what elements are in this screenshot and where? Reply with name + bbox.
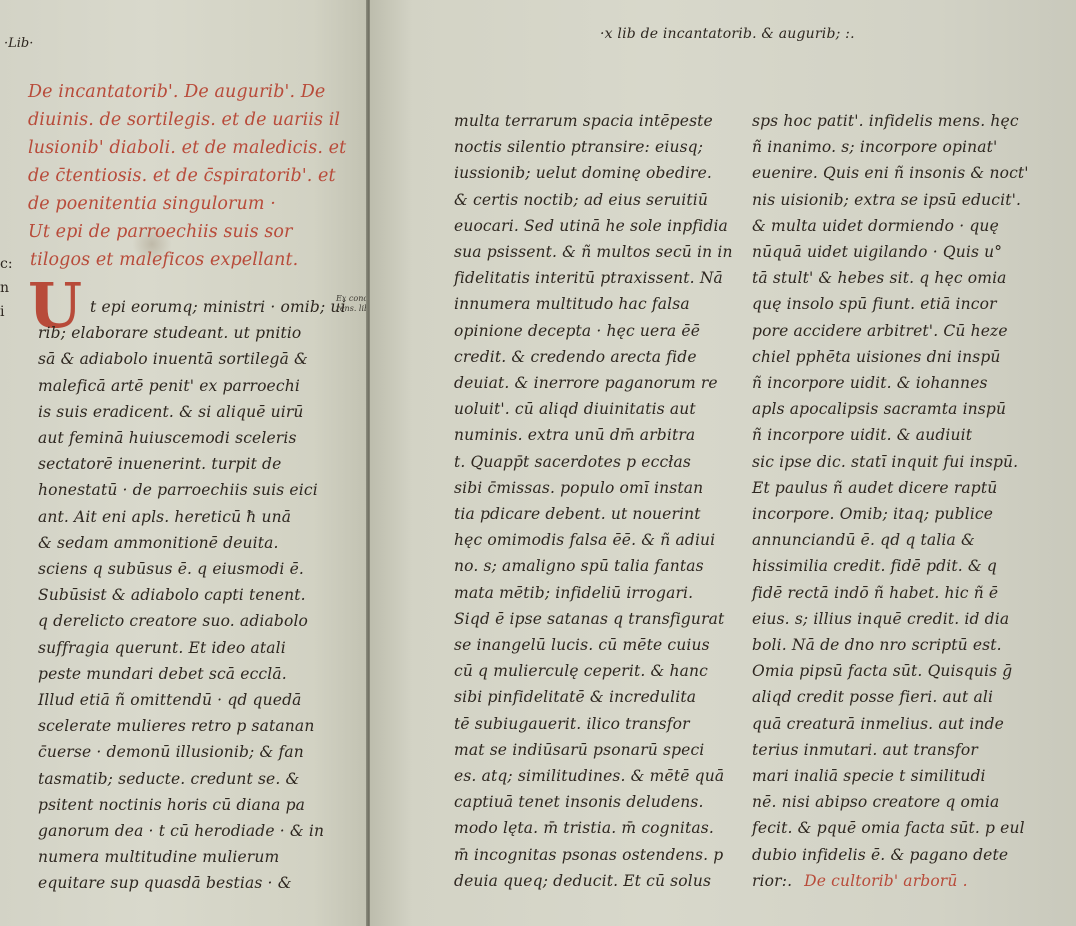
text-line: sic ipse dic. statī inquit fui inspū. (752, 449, 1062, 475)
text-line: ñ inanimo. s; incorpore opinat' (752, 134, 1062, 160)
text-line: ganorum dea · t cū herodiade · & in (38, 818, 343, 844)
text-line: sua psissent. & ñ multos secū in in (454, 239, 754, 265)
text-line: Subūsist & adiabolo capti tenent. (38, 582, 343, 608)
right-page: ·x lib de incantatorib. & augurib; :. mu… (370, 0, 1076, 926)
text-line: fidē rectā indō ñ habet. hic ñ ē (752, 580, 1062, 606)
text-line: es. atq; similitudines. & mētē quā (454, 763, 754, 789)
text-line: mat se indiūsarū psonarū speci (454, 737, 754, 763)
rubric-line: de c̄tentiosis. et de c̄spiratorib'. et (28, 162, 348, 190)
text-line: eius. s; illius inquē credit. id dia (752, 606, 1062, 632)
margin-mark: i (0, 300, 13, 324)
right-running-head: ·x lib de incantatorib. & augurib; :. (600, 26, 855, 42)
text-line: sibi pinfidelitatē & incredulita (454, 684, 754, 710)
text-line: & sedam ammonitionē deuita. (38, 530, 343, 556)
text-line: c̄uerse · demonū illusionib; & fan (38, 739, 343, 765)
text-line: no. s; amaligno spū talia fantas (454, 553, 754, 579)
text-line: ant. Ait eni apls. hereticū ħ unā (38, 504, 343, 530)
text-line: & multa uidet dormiendo · quę (752, 213, 1062, 239)
text-line: ñ incorpore uidit. & iohannes (752, 370, 1062, 396)
text-line: aliqd credit posse fieri. aut ali (752, 684, 1062, 710)
text-line: Omia pipsū facta sūt. Quisquis ḡ (752, 658, 1062, 684)
text-line: uoluit'. cū aliqd diuinitatis aut (454, 396, 754, 422)
text-line: multa terrarum spacia intēpeste (454, 108, 754, 134)
text-line: t epi eorumq; ministri · omib; ui (38, 294, 343, 320)
text-line: sps hoc patit'. infidelis mens. hęc (752, 108, 1062, 134)
text-line: tia pdicare debent. ut nouerint (454, 501, 754, 527)
text-line: incorpore. Omib; itaq; publice (752, 501, 1062, 527)
left-page: ·Lib· De incantatorib'. De augurib'. De … (0, 0, 368, 926)
text-line: deuia queq; deducit. Et cū solus (454, 868, 754, 894)
text-line: modo lęta. m̄ tristia. m̄ cognitas. (454, 815, 754, 841)
marginal-note-line: rens. lib. (336, 304, 368, 314)
text-line: euenire. Quis eni ñ insonis & noct' (752, 160, 1062, 186)
text-line: sibi c̄missas. populo omī instan (454, 475, 754, 501)
next-chapter-rubric: De cultorib' arborū . (804, 872, 968, 890)
text-line: tē subiugauerit. ilico transfor (454, 711, 754, 737)
chapter-heading-line: Ut epi de parroechiis suis sor (28, 218, 348, 246)
text-line-with-rubric: rior:.De cultorib' arborū . (752, 868, 1062, 894)
left-running-head: ·Lib· (4, 36, 33, 51)
text-line: dubio infidelis ē. & pagano dete (752, 842, 1062, 868)
text-line: psitent noctinis horis cū diana pa (38, 792, 343, 818)
margin-mark: n (0, 276, 13, 300)
left-margin-marks: c: n i (0, 252, 13, 324)
text-line: nūquā uidet uigilando · Quis u° (752, 239, 1062, 265)
text-line: iussionib; uelut dominę obedire. (454, 160, 754, 186)
text-line: maleficā artē penit' ex parroechi (38, 373, 343, 399)
text-line: sā & adiabolo inuentā sortilegā & (38, 346, 343, 372)
marginal-note: Ex concil. an rens. lib. (336, 294, 368, 314)
text-line: honestatū · de parroechiis suis eici (38, 477, 343, 503)
text-line: aut feminā huiuscemodi sceleris (38, 425, 343, 451)
text-line: mata mētib; infideliū irrogari. (454, 580, 754, 606)
text-line: mari inaliā specie t similitudi (752, 763, 1062, 789)
right-page-column-b: sps hoc patit'. infidelis mens. hęc ñ in… (752, 108, 1062, 894)
rubric-line: De incantatorib'. De augurib'. De (28, 78, 348, 106)
manuscript-spread: ·Lib· De incantatorib'. De augurib'. De … (0, 0, 1076, 926)
text-line: nis uisionib; extra se ipsū educit'. (752, 187, 1062, 213)
marginal-note-line: Ex concil. an (336, 294, 368, 304)
text-line: peste mundari debet scā ecclā. (38, 661, 343, 687)
text-line: & certis noctib; ad eius seruitiū (454, 187, 754, 213)
text-line: quā creaturā inmelius. aut inde (752, 711, 1062, 737)
text-line: captiuā tenet insonis deludens. (454, 789, 754, 815)
chapter-rubric: De incantatorib'. De augurib'. De diuini… (28, 78, 348, 274)
text-line: terius inmutari. aut transfor (752, 737, 1062, 763)
text-line: tā stult' & hebes sit. q hęc omia (752, 265, 1062, 291)
text-line: hęc omimodis falsa ēē. & ñ adiui (454, 527, 754, 553)
text-line: q derelicto creatore suo. adiabolo (38, 608, 343, 634)
text-line: euocari. Sed utinā he sole inpfidia (454, 213, 754, 239)
text-line: noctis silentio ptransire: eiusq; (454, 134, 754, 160)
margin-mark: c: (0, 252, 13, 276)
text-line: sectatorē inuenerint. turpit de (38, 451, 343, 477)
rubric-line: lusionib' diaboli. et de maledicis. et (28, 134, 348, 162)
text-line: credit. & credendo arecta fide (454, 344, 754, 370)
text-line: Et paulus ñ audet dicere raptū (752, 475, 1062, 501)
text-line: innumera multitudo hac falsa (454, 291, 754, 317)
text-line: pore accidere arbitret'. Cū heze (752, 318, 1062, 344)
text-line: numera multitudine mulierum (38, 844, 343, 870)
text-line: quę insolo spū fiunt. etiā incor (752, 291, 1062, 317)
text-line: m̄ incognitas psonas ostendens. p (454, 842, 754, 868)
text-line: numinis. extra unū dm̄ arbitra (454, 422, 754, 448)
text-line: annunciandū ē. qd q talia & (752, 527, 1062, 553)
text-line: t. Quapp̄t sacerdotes p eccłas (454, 449, 754, 475)
text-line: opinione decepta · hęc uera ēē (454, 318, 754, 344)
text-line: fecit. & pquē omia facta sūt. p eul (752, 815, 1062, 841)
text-line: hissimilia credit. fidē pdit. & q (752, 553, 1062, 579)
rubric-line: diuinis. de sortilegis. et de uariis il (28, 106, 348, 134)
text-line: ñ incorpore uidit. & audiuit (752, 422, 1062, 448)
text-line: rib; elaborare studeant. ut pnitio (38, 320, 343, 346)
text-line: sciens q subūsus ē. q eiusmodi ē. (38, 556, 343, 582)
text-line: equitare sup quasdā bestias · & (38, 870, 343, 896)
text-line: deuiat. & inerrore paganorum re (454, 370, 754, 396)
text-line: Siqd ē ipse satanas q transfigurat (454, 606, 754, 632)
text-line: Illud etiā ñ omittendū · qd quedā (38, 687, 343, 713)
text-line: chiel pphēta uisiones dni inspū (752, 344, 1062, 370)
text-line: suffragia querunt. Et ideo atali (38, 635, 343, 661)
text-line: tasmatib; seducte. credunt se. & (38, 766, 343, 792)
text-line: boli. Nā de dno nro scriptū est. (752, 632, 1062, 658)
rubric-line: de poenitentia singulorum · (28, 190, 348, 218)
text-line: fidelitatis interitū ptraxissent. Nā (454, 265, 754, 291)
text-fragment: rior:. (752, 872, 792, 890)
text-line: scelerate mulieres retro p satanan (38, 713, 343, 739)
text-line: nē. nisi abipso creatore q omia (752, 789, 1062, 815)
right-page-column-a: multa terrarum spacia intēpeste noctis s… (454, 108, 754, 894)
text-line: cū q mulierculę ceperit. & hanc (454, 658, 754, 684)
left-page-body: t epi eorumq; ministri · omib; ui rib; e… (38, 294, 343, 897)
text-line: se inangelū lucis. cū mēte cuius (454, 632, 754, 658)
text-line: is suis eradicent. & si aliquē uirū (38, 399, 343, 425)
text-line: apls apocalipsis sacramta inspū (752, 396, 1062, 422)
